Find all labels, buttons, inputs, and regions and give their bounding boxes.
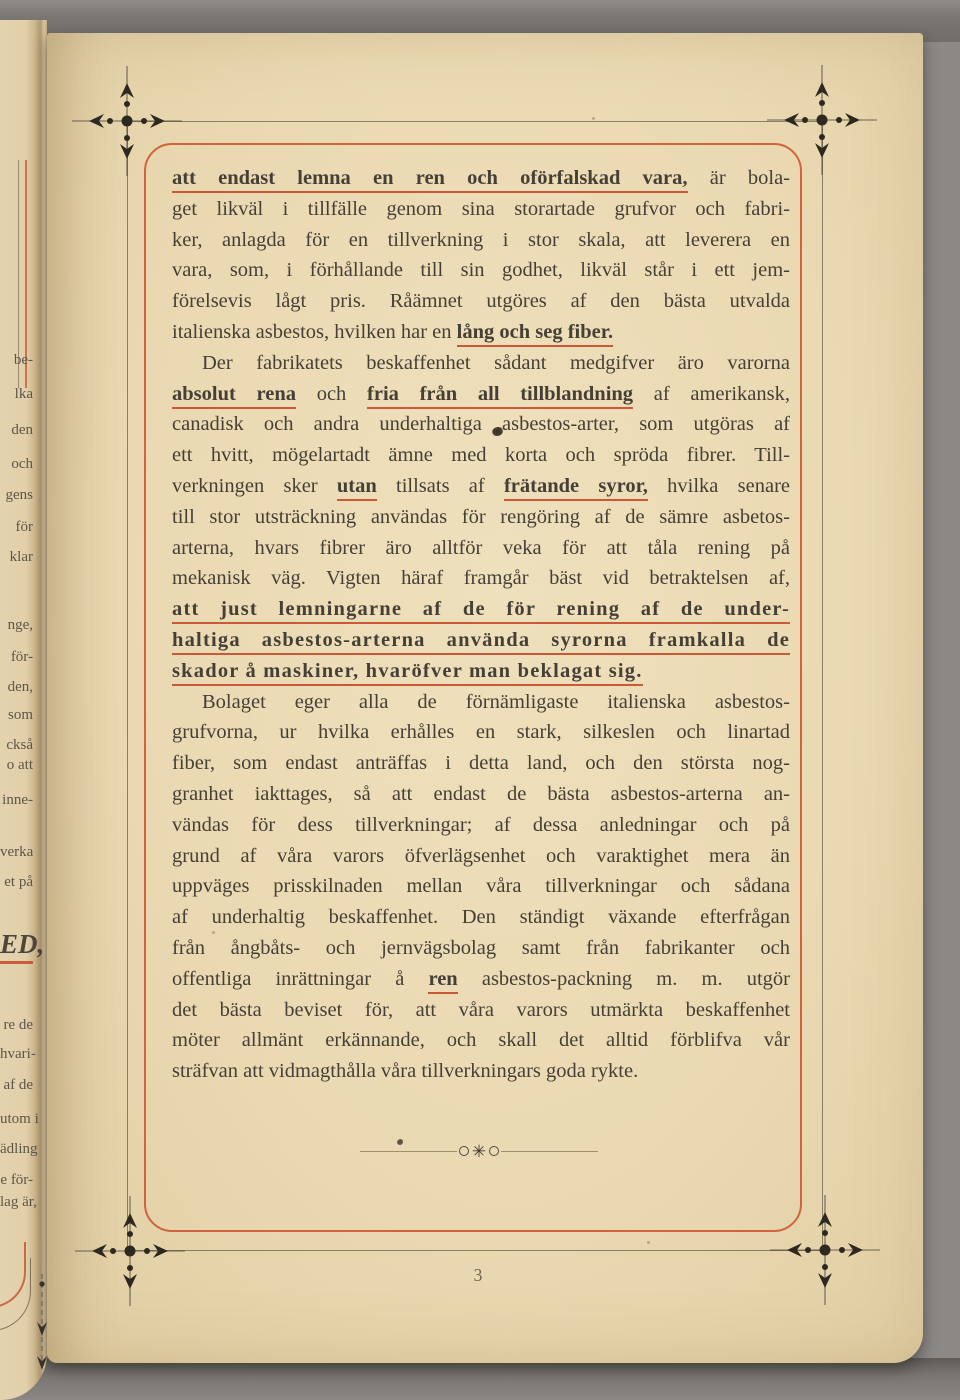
outer-rule-bottom	[130, 1250, 825, 1251]
text-segment: af amerikansk,	[633, 383, 790, 405]
text-line: ker, anlagda för en tillverkning i stor …	[172, 225, 790, 256]
spine-text-fragment: re de	[0, 1017, 33, 1033]
paper-speck	[742, 301, 745, 304]
spine-text-fragment: be-	[0, 352, 33, 368]
outer-rule-left	[127, 121, 128, 1251]
text-line: offentliga inrättningar å ren asbestos-p…	[172, 964, 790, 995]
emphasized-underlined-text: fria från all tillblandning	[367, 383, 633, 409]
emphasized-underlined-text: ren	[428, 968, 457, 994]
spine-text-fragment: nge,	[0, 617, 33, 633]
text-line: arterna, hvars fibrer äro alltför veka f…	[172, 533, 790, 564]
text-segment: verkningen sker	[172, 475, 337, 497]
text-segment: canadisk och andra underhaltiga asbestos…	[172, 413, 790, 435]
divider-ring-icon	[489, 1146, 499, 1156]
spine-text-fragment: utom i	[0, 1111, 33, 1127]
text-segment: vändas för dess tillverkningar; af dessa…	[172, 814, 790, 836]
spine-text-fragment: ckså	[0, 737, 33, 753]
text-line: till stor utsträckning användas för reng…	[172, 502, 790, 533]
text-segment: det bästa beviset för, att våra varors u…	[172, 999, 790, 1021]
text-line: grund af våra varors öfverlägsenhet och …	[172, 841, 790, 872]
text-line: get likväl i tillfälle genom sina storar…	[172, 194, 790, 225]
outer-rule-top	[127, 121, 822, 122]
text-segment: grund af våra varors öfverlägsenhet och …	[172, 845, 790, 867]
spine-text-fragment: o att	[0, 757, 33, 773]
text-segment: Der fabrikatets beskaffenhet sådant medg…	[202, 352, 790, 374]
text-line: italienska asbestos, hvilken har en lång…	[172, 317, 790, 348]
spine-text-fragment: verka	[0, 844, 33, 860]
spine-text-fragment: e för-	[0, 1172, 33, 1188]
text-line: granhet iakttages, så att endast de bäst…	[172, 779, 790, 810]
spine-text-fragment: hvari-	[0, 1046, 33, 1062]
text-segment: från ångbåts- och jernvägsbolag samt frå…	[172, 937, 790, 959]
text-line: att endast lemna en ren och oförfalskad …	[172, 163, 790, 194]
text-segment: vara, som, i förhållande till sin godhet…	[172, 259, 790, 281]
text-line: absolut rena och fria från all tillbland…	[172, 379, 790, 410]
text-line: förelsevis lågt pris. Råämnet utgöres af…	[172, 286, 790, 317]
text-line: fiber, som endast anträffas i detta land…	[172, 748, 790, 779]
background-bottom-shade	[0, 1358, 960, 1400]
spine-text-fragment: den	[0, 422, 33, 438]
page-number: 3	[440, 1265, 516, 1286]
text-segment: är bola-	[688, 167, 790, 189]
text-segment: ker, anlagda för en tillverkning i stor …	[172, 229, 790, 251]
spine-text-fragment: ädling	[0, 1141, 33, 1157]
text-segment: möter allmänt erkännande, och skall det …	[172, 1029, 790, 1051]
text-line: Der fabrikatets beskaffenhet sådant medg…	[172, 348, 790, 379]
text-segment: italienska asbestos, hvilken har en	[172, 321, 457, 343]
spine-text-fragment: inne-	[0, 792, 33, 808]
text-line: vara, som, i förhållande till sin godhet…	[172, 255, 790, 286]
emphasized-underlined-text: absolut rena	[172, 383, 296, 409]
emphasized-underlined-text: skador å maskiner, hvaröfver man beklaga…	[172, 660, 643, 686]
book-page: att endast lemna en ren och oförfalskad …	[47, 33, 923, 1363]
text-segment: tillsats af	[377, 475, 504, 497]
text-line: vändas för dess tillverkningar; af dessa…	[172, 810, 790, 841]
spine-text-fragment: et på	[0, 874, 33, 890]
spine-text-fragment: som	[0, 707, 33, 723]
text-segment: förelsevis lågt pris. Råämnet utgöres af…	[172, 290, 790, 312]
spine-text-fragment: af de	[0, 1077, 33, 1093]
divider-line-right	[501, 1151, 598, 1152]
spine-text-fragment: klar	[0, 549, 33, 565]
emphasized-underlined-text: haltiga asbestos-arterna använda syrorna…	[172, 629, 790, 655]
text-segment: asbestos-packning m. m. utgör	[458, 968, 790, 990]
emphasized-underlined-text: lång och seg fiber.	[457, 321, 613, 347]
text-segment: fiber, som endast anträffas i detta land…	[172, 752, 790, 774]
text-line: verkningen sker utan tillsats af frätand…	[172, 471, 790, 502]
text-segment: grufvorna, ur hvilka erhålles en stark, …	[172, 721, 790, 743]
text-line: att just lemningarne af de för rening af…	[172, 594, 790, 625]
spine-text-fragment: för	[0, 519, 33, 535]
paper-speck	[212, 931, 215, 934]
spine-text-fragment: och	[0, 456, 33, 472]
previous-page-edge-strip: be-lkadenochgensförklarnge,för-den,somck…	[0, 20, 47, 1400]
scanned-book-spread: be-lkadenochgensförklarnge,för-den,somck…	[0, 0, 960, 1400]
emphasized-underlined-text: utan	[337, 475, 377, 501]
text-line: haltiga asbestos-arterna använda syrorna…	[172, 625, 790, 656]
spine-text-fragment: ED,	[0, 930, 33, 964]
outer-rule-right	[822, 120, 823, 1251]
text-line: canadisk och andra underhaltiga asbestos…	[172, 409, 790, 440]
body-text: att endast lemna en ren och oförfalskad …	[172, 163, 790, 1087]
spine-text-fragment: gens	[0, 487, 33, 503]
text-line: det bästa beviset för, att våra varors u…	[172, 995, 790, 1026]
text-segment: arterna, hvars fibrer äro alltför veka f…	[172, 537, 790, 559]
emphasized-underlined-text: att just lemningarne af de för rening af…	[172, 598, 790, 624]
text-line: Bolaget eger alla de förnämligaste itali…	[172, 687, 790, 718]
paper-speck	[592, 117, 595, 120]
text-segment: ett hvitt, mögelartadt ämne med korta oc…	[172, 444, 790, 466]
spine-text-fragment: den,	[0, 679, 33, 695]
text-segment: Bolaget eger alla de förnämligaste itali…	[202, 691, 790, 713]
text-segment: granhet iakttages, så att endast de bäst…	[172, 783, 790, 805]
text-line: mekanisk väg. Vigten häraf framgår bäst …	[172, 563, 790, 594]
text-line: ett hvitt, mögelartadt ämne med korta oc…	[172, 440, 790, 471]
spine-text-fragment: lag är,	[0, 1194, 33, 1210]
section-divider: ✳	[360, 1141, 598, 1161]
emphasized-underlined-text: frätande syror,	[504, 475, 648, 501]
spine-text-fragment: lka	[0, 386, 33, 402]
text-segment: uppväges prisskilnaden mellan våra tillv…	[172, 875, 790, 897]
emphasized-underlined-text: att endast lemna en ren och oförfalskad …	[172, 167, 688, 193]
text-line: af underhaltig beskaffenhet. Den ständig…	[172, 902, 790, 933]
text-segment: offentliga inrättningar å	[172, 968, 428, 990]
text-line: från ångbåts- och jernvägsbolag samt frå…	[172, 933, 790, 964]
text-segment: och	[296, 383, 367, 405]
text-line: sträfvan att vidmagthålla våra tillverkn…	[172, 1056, 790, 1087]
divider-ring-icon	[459, 1146, 469, 1156]
text-segment: hvilka senare	[648, 475, 790, 497]
text-line: uppväges prisskilnaden mellan våra tillv…	[172, 871, 790, 902]
text-line: möter allmänt erkännande, och skall det …	[172, 1025, 790, 1056]
text-segment: mekanisk väg. Vigten häraf framgår bäst …	[172, 567, 790, 589]
text-line: skador å maskiner, hvaröfver man beklaga…	[172, 656, 790, 687]
spine-text-fragment: för-	[0, 649, 33, 665]
text-segment: get likväl i tillfälle genom sina storar…	[172, 198, 790, 220]
paper-speck	[647, 1241, 650, 1244]
text-line: grufvorna, ur hvilka erhålles en stark, …	[172, 717, 790, 748]
previous-page-rule-corner	[0, 1258, 31, 1331]
text-segment: sträfvan att vidmagthålla våra tillverkn…	[172, 1060, 638, 1082]
text-segment: till stor utsträckning användas för reng…	[172, 506, 790, 528]
divider-line-left	[360, 1151, 457, 1152]
divider-star-icon: ✳	[472, 1143, 486, 1160]
text-segment: af underhaltig beskaffenhet. Den ständig…	[172, 906, 790, 928]
